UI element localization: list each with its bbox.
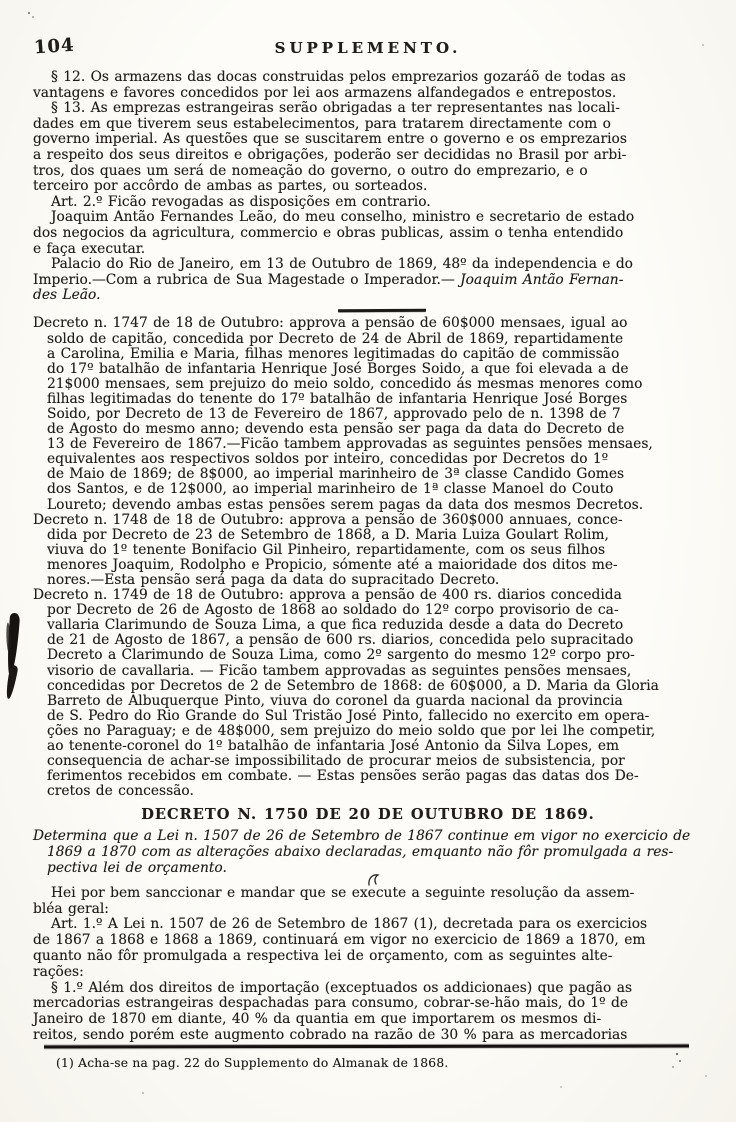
law-closing-section: § 12. Os armazens das docas construidas … [33, 70, 703, 304]
ink-flourish-mark [366, 872, 382, 887]
footnote-rule [44, 1045, 689, 1049]
pension-decrees-section: Decreto n. 1747 de 18 de Outubro: approv… [33, 316, 703, 799]
paragraph-section-12: § 12. Os armazens das docas construidas … [33, 70, 703, 101]
decree-1750-summary: Determina que a Lei n. 1507 de 26 de Set… [33, 829, 703, 876]
paragraph-palace-dateline: Palacio do Rio de Janeiro, em 13 de Outu… [33, 257, 703, 304]
ink-smudge-artifact [6, 613, 20, 676]
paragraph-decreto-1749: Decreto n. 1749 de 18 de Outubro: approv… [33, 588, 703, 799]
decree-1750-article-1: Art. 1.º A Lei n. 1507 de 26 de Setembro… [33, 917, 703, 980]
scanned-document-page: 104 SUPPLEMENTO. § 12. Os armazens das d… [0, 0, 736, 1122]
text-column: § 12. Os armazens das docas construidas … [33, 70, 703, 1044]
paragraph-section-13: § 13. As emprezas estrangeiras serão obr… [33, 101, 703, 195]
section-divider-rule [338, 309, 426, 312]
running-title: SUPPLEMENTO. [0, 39, 736, 57]
decree-1750-heading: DECRETO N. 1750 DE 20 DE OUTUBRO DE 1869… [33, 807, 703, 823]
paragraph-minister-clause: Joaquim Antão Fernandes Leão, do meu con… [33, 210, 703, 257]
paragraph-article-2: Art. 2.º Ficão revogadas as disposições … [33, 195, 703, 211]
decree-1750-section: DECRETO N. 1750 DE 20 DE OUTUBRO DE 1869… [33, 807, 703, 1043]
paragraph-decreto-1747: Decreto n. 1747 de 18 de Outubro: approv… [33, 316, 703, 512]
scan-speckles [0, 0, 2, 2]
paragraph-decreto-1748: Decreto n. 1748 de 18 de Outubro: approv… [33, 513, 703, 588]
decree-1750-paragraph-1: § 1.º Além dos direitos de importação (e… [33, 981, 703, 1044]
footnote-text: (1) Acha-se na pag. 22 do Supplemento do… [56, 1056, 448, 1070]
decree-1750-preamble: Hei por bem sanccionar e mandar que se e… [33, 886, 703, 918]
